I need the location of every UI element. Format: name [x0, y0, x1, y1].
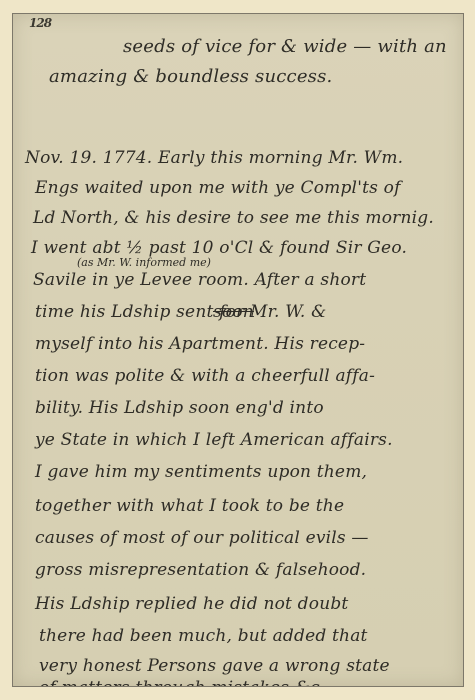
entry-line-12: together with what I took to be the [35, 496, 344, 516]
interlinear-note: (as Mr. W. informed me) [77, 256, 211, 269]
entry-line-13: causes of most of our political evils — [35, 528, 369, 548]
entry-line-1: Nov. 19. 1774. Early this morning Mr. Wm… [25, 148, 403, 168]
entry-line-5: Savile in ye Levee room. After a short [33, 270, 366, 290]
page-number: 128 [29, 16, 51, 30]
struck-word: soon [213, 302, 254, 322]
entry-line-15: His Ldship replied he did not doubt [35, 594, 348, 614]
entry-line-18: of matters through mistakes &c. [39, 678, 325, 687]
manuscript-line-2: amazing & boundless success. [49, 66, 332, 87]
entry-line-10: ye State in which I left American affair… [35, 430, 393, 450]
entry-line-7: myself into his Apartment. His recep- [35, 334, 365, 354]
entry-line-6: time his Ldship sent for Mr. W. & [35, 302, 326, 322]
entry-line-3: Ld North, & his desire to see me this mo… [33, 208, 434, 228]
entry-line-16: there had been much, but added that [39, 626, 368, 646]
entry-line-17: very honest Persons gave a wrong state [39, 656, 390, 676]
entry-line-2: Engs waited upon me with ye Compl'ts of [35, 178, 401, 198]
entry-line-14: gross misrepresentation & falsehood. [35, 560, 366, 580]
entry-line-9: bility. His Ldship soon eng'd into [35, 398, 324, 418]
manuscript-plate: 128 seeds of vice for & wide — with an a… [12, 13, 464, 687]
entry-line-4: I went abt ½ past 10 o'Cl & found Sir Ge… [31, 238, 407, 258]
entry-line-11: I gave him my sentiments upon them, [35, 462, 367, 482]
entry-line-8: tion was polite & with a cheerfull affa- [35, 366, 375, 386]
manuscript-line-1: seeds of vice for & wide — with an [123, 36, 447, 57]
